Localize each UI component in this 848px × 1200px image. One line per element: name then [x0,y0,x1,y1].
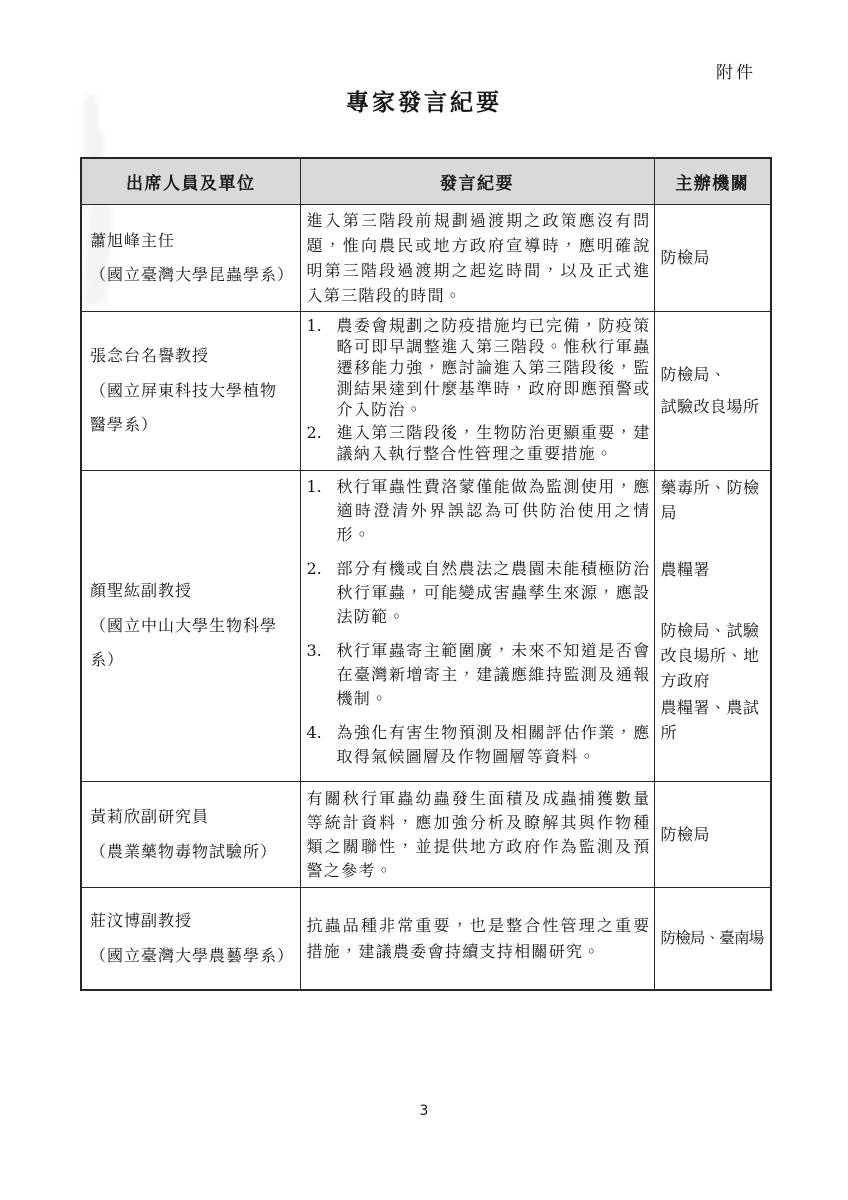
remark-number: 1. [307,315,337,336]
agency-cell: 防檢局、 試驗改良場所 [654,312,771,471]
agency-text: 防檢局 [661,242,768,274]
remarks-cell: 抗蟲品種非常重要，也是整合性管理之重要措施，建議農委會持續支持相關研究。 [300,888,654,991]
remark-text: 進入第三階段前規劃過渡期之政策應沒有問題，惟向農民或地方政府宣導時，應明確說明第… [307,211,651,305]
attachment-label: 附件 [716,58,756,83]
attendee-name: 顏聖紘副教授 [90,574,294,608]
attendee-unit: （農業藥物毒物試驗所） [90,835,294,869]
agency-cell: 防檢局 [654,782,771,888]
remarks-cell: 1. 農委會規劃之防疫措施均已完備，防疫策略可即早調整進入第三階段。惟秋行軍蟲遷… [300,312,654,471]
remark-text: 有關秋行軍蟲幼蟲發生面積及成蟲捕獲數量等統計資料，應加強分析及瞭解其與作物種類之… [307,789,651,880]
table-row: 黃莉欣副研究員 （農業藥物毒物試驗所） 有關秋行軍蟲幼蟲發生面積及成蟲捕獲數量等… [81,782,771,888]
attendee-name: 蕭旭峰主任 [90,224,294,258]
remark-text: 為強化有害生物預測及相關評估作業，應取得氣候圖層及作物圖層等資料。 [337,721,651,769]
agency-text: 藥毒所、防檢局 [661,475,768,525]
remark-item: 1. 秋行軍蟲性費洛蒙僅能做為監測使用，應適時澄清外界誤認為可供防治使用之情形。 [307,475,651,547]
attendee-name: 莊汶博副教授 [90,904,294,938]
agency-cell: 藥毒所、防檢局 農糧署 防檢局、試驗改良場所、地方政府 農糧署、農試所 [654,471,771,782]
attendee-cell: 顏聖紘副教授 （國立中山大學生物科學系） [81,471,300,782]
table-row: 張念台名譽教授 （國立屏東科技大學植物醫學系） 1. 農委會規劃之防疫措施均已完… [81,312,771,471]
document-title: 專家發言紀要 [0,84,848,117]
agency-text: 農糧署 [661,557,768,582]
attendee-cell: 黃莉欣副研究員 （農業藥物毒物試驗所） [81,782,300,888]
header-attendee-unit: 出席人員及單位 [81,158,300,205]
header-remarks: 發言紀要 [300,158,654,205]
agency-text: 防檢局、試驗改良場所、地方政府 [661,618,768,693]
remarks-cell: 1. 秋行軍蟲性費洛蒙僅能做為監測使用，應適時澄清外界誤認為可供防治使用之情形。… [300,471,654,782]
table-row: 莊汶博副教授 （國立臺灣大學農藝學系） 抗蟲品種非常重要，也是整合性管理之重要措… [81,888,771,991]
agency-cell: 防檢局 [654,205,771,312]
attendee-name: 黃莉欣副研究員 [90,800,294,834]
page-number: 3 [0,1103,848,1119]
remark-number: 4. [307,721,337,745]
attendee-unit: （國立屏東科技大學植物醫學系） [90,374,294,443]
attendee-unit: （國立中山大學生物科學系） [90,609,294,678]
agency-text: 農糧署、農試所 [661,695,768,745]
remark-text: 秋行軍蟲性費洛蒙僅能做為監測使用，應適時澄清外界誤認為可供防治使用之情形。 [337,475,651,547]
attendee-unit: （國立臺灣大學農藝學系） [90,939,294,973]
remarks-cell: 有關秋行軍蟲幼蟲發生面積及成蟲捕獲數量等統計資料，應加強分析及瞭解其與作物種類之… [300,782,654,888]
remark-number: 1. [307,475,337,499]
agency-text: 防檢局、 [661,359,768,391]
meeting-notes-table: 出席人員及單位 發言紀要 主辦機關 蕭旭峰主任 （國立臺灣大學昆蟲學系） 進入第… [80,157,772,991]
remark-number: 2. [307,422,337,443]
table-row: 顏聖紘副教授 （國立中山大學生物科學系） 1. 秋行軍蟲性費洛蒙僅能做為監測使用… [81,471,771,782]
attendee-cell: 張念台名譽教授 （國立屏東科技大學植物醫學系） [81,312,300,471]
agency-text: 防檢局 [661,819,768,851]
table-header-row: 出席人員及單位 發言紀要 主辦機關 [81,158,771,205]
remark-item: 1. 農委會規劃之防疫措施均已完備，防疫策略可即早調整進入第三階段。惟秋行軍蟲遷… [307,315,651,420]
remark-text: 農委會規劃之防疫措施均已完備，防疫策略可即早調整進入第三階段。惟秋行軍蟲遷移能力… [337,315,651,420]
remark-item: 4. 為強化有害生物預測及相關評估作業，應取得氣候圖層及作物圖層等資料。 [307,721,651,769]
attendee-unit: （國立臺灣大學昆蟲學系） [90,258,294,292]
remarks-cell: 進入第三階段前規劃過渡期之政策應沒有問題，惟向農民或地方政府宣導時，應明確說明第… [300,205,654,312]
attendee-cell: 蕭旭峰主任 （國立臺灣大學昆蟲學系） [81,205,300,312]
remark-number: 2. [307,557,337,581]
remark-text: 秋行軍蟲寄主範圍廣，未來不知道是否會在臺灣新增寄主，建議應維持監測及通報機制。 [337,639,651,711]
remark-number: 3. [307,639,337,663]
table-row: 蕭旭峰主任 （國立臺灣大學昆蟲學系） 進入第三階段前規劃過渡期之政策應沒有問題，… [81,205,771,312]
attendee-name: 張念台名譽教授 [90,339,294,373]
remark-text: 進入第三階段後，生物防治更顯重要，建議納入執行整合性管理之重要措施。 [337,422,651,464]
remark-item: 2. 部分有機或自然農法之農園未能積極防治秋行軍蟲，可能變成害蟲孳生來源，應設法… [307,557,651,629]
remark-text: 部分有機或自然農法之農園未能積極防治秋行軍蟲，可能變成害蟲孳生來源，應設法防範。 [337,557,651,629]
document-page: 附件 專家發言紀要 出席人員及單位 發言紀要 主辦機關 蕭旭峰主任 （國立臺灣大… [0,0,848,1200]
agency-cell: 防檢局、臺南場 [654,888,771,991]
remark-item: 2. 進入第三階段後，生物防治更顯重要，建議納入執行整合性管理之重要措施。 [307,422,651,464]
remark-text: 抗蟲品種非常重要，也是整合性管理之重要措施，建議農委會持續支持相關研究。 [307,916,651,961]
header-agency: 主辦機關 [654,158,771,205]
attendee-cell: 莊汶博副教授 （國立臺灣大學農藝學系） [81,888,300,991]
agency-text: 防檢局、臺南場 [661,923,768,954]
remark-item: 3. 秋行軍蟲寄主範圍廣，未來不知道是否會在臺灣新增寄主，建議應維持監測及通報機… [307,639,651,711]
agency-text: 試驗改良場所 [661,391,768,423]
